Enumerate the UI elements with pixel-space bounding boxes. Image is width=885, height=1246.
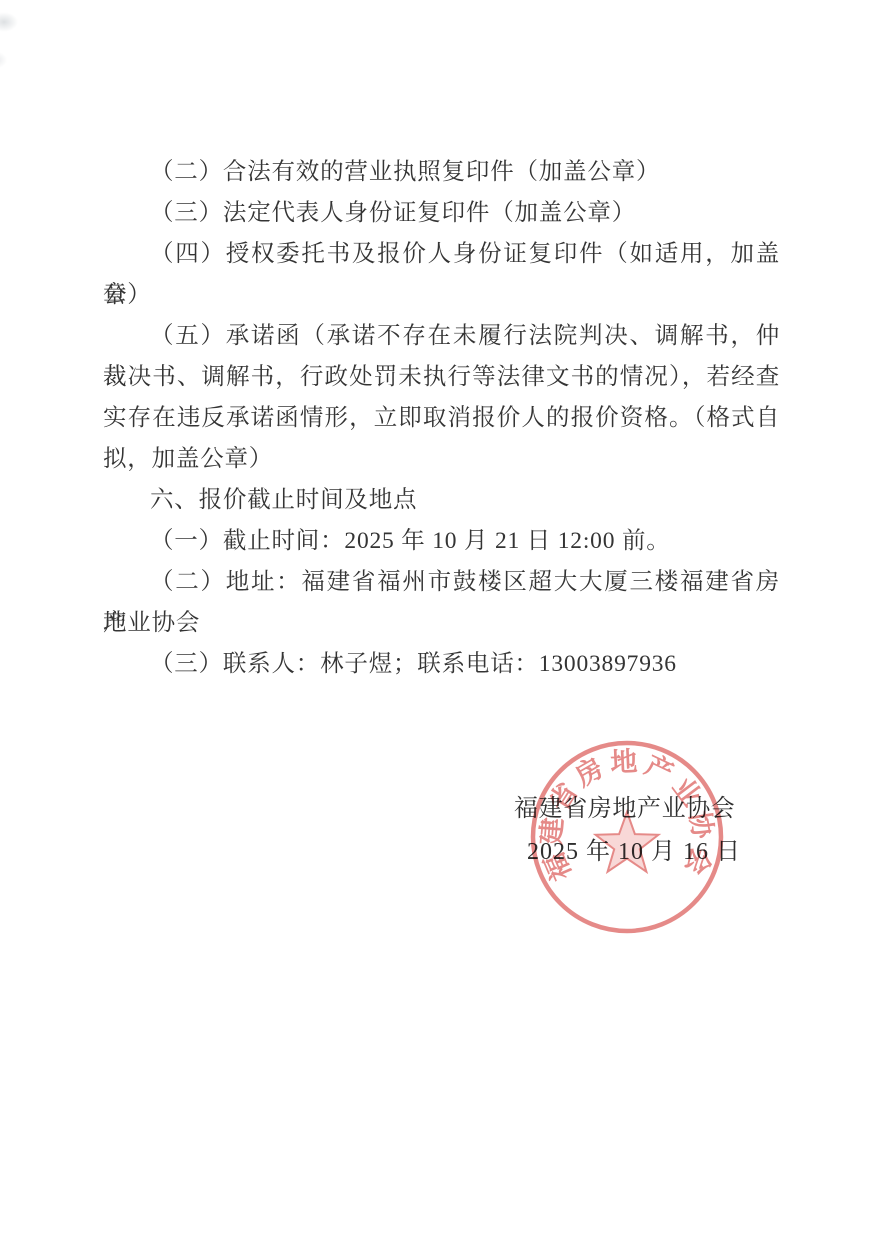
doc-line: （三）联系人：林子煜；联系电话：13003897936 (103, 644, 780, 685)
doc-line: （二）合法有效的营业执照复印件（加盖公章） (103, 152, 780, 193)
section-heading: 六、报价截止时间及地点 (103, 480, 780, 521)
signature-org-name: 福建省房地产业协会 (514, 788, 735, 823)
doc-line: 实存在违反承诺函情形，立即取消报价人的报价资格。（格式自 (103, 398, 780, 439)
doc-line: （二）地址：福建省福州市鼓楼区超大大厦三楼福建省房地 (103, 562, 780, 603)
doc-line: （三）法定代表人身份证复印件（加盖公章） (103, 193, 780, 234)
doc-line: 裁决书、调解书，行政处罚未执行等法律文书的情况），若经查 (103, 357, 780, 398)
doc-line: （一）截止时间：2025 年 10 月 21 日 12:00 前。 (103, 521, 780, 562)
doc-line: 产业协会 (103, 603, 780, 644)
doc-line: 章） (103, 275, 780, 316)
signature-date: 2025 年 10 月 16 日 (527, 831, 741, 866)
doc-line: （五）承诺函（承诺不存在未履行法院判决、调解书，仲裁 (103, 316, 780, 357)
doc-line: 拟，加盖公章） (103, 439, 780, 480)
doc-line: （四）授权委托书及报价人身份证复印件（如适用，加盖公 (103, 234, 780, 275)
scan-smudge (0, 8, 38, 78)
document-body: （二）合法有效的营业执照复印件（加盖公章） （三）法定代表人身份证复印件（加盖公… (103, 152, 780, 685)
document-page: （二）合法有效的营业执照复印件（加盖公章） （三）法定代表人身份证复印件（加盖公… (0, 0, 885, 1246)
